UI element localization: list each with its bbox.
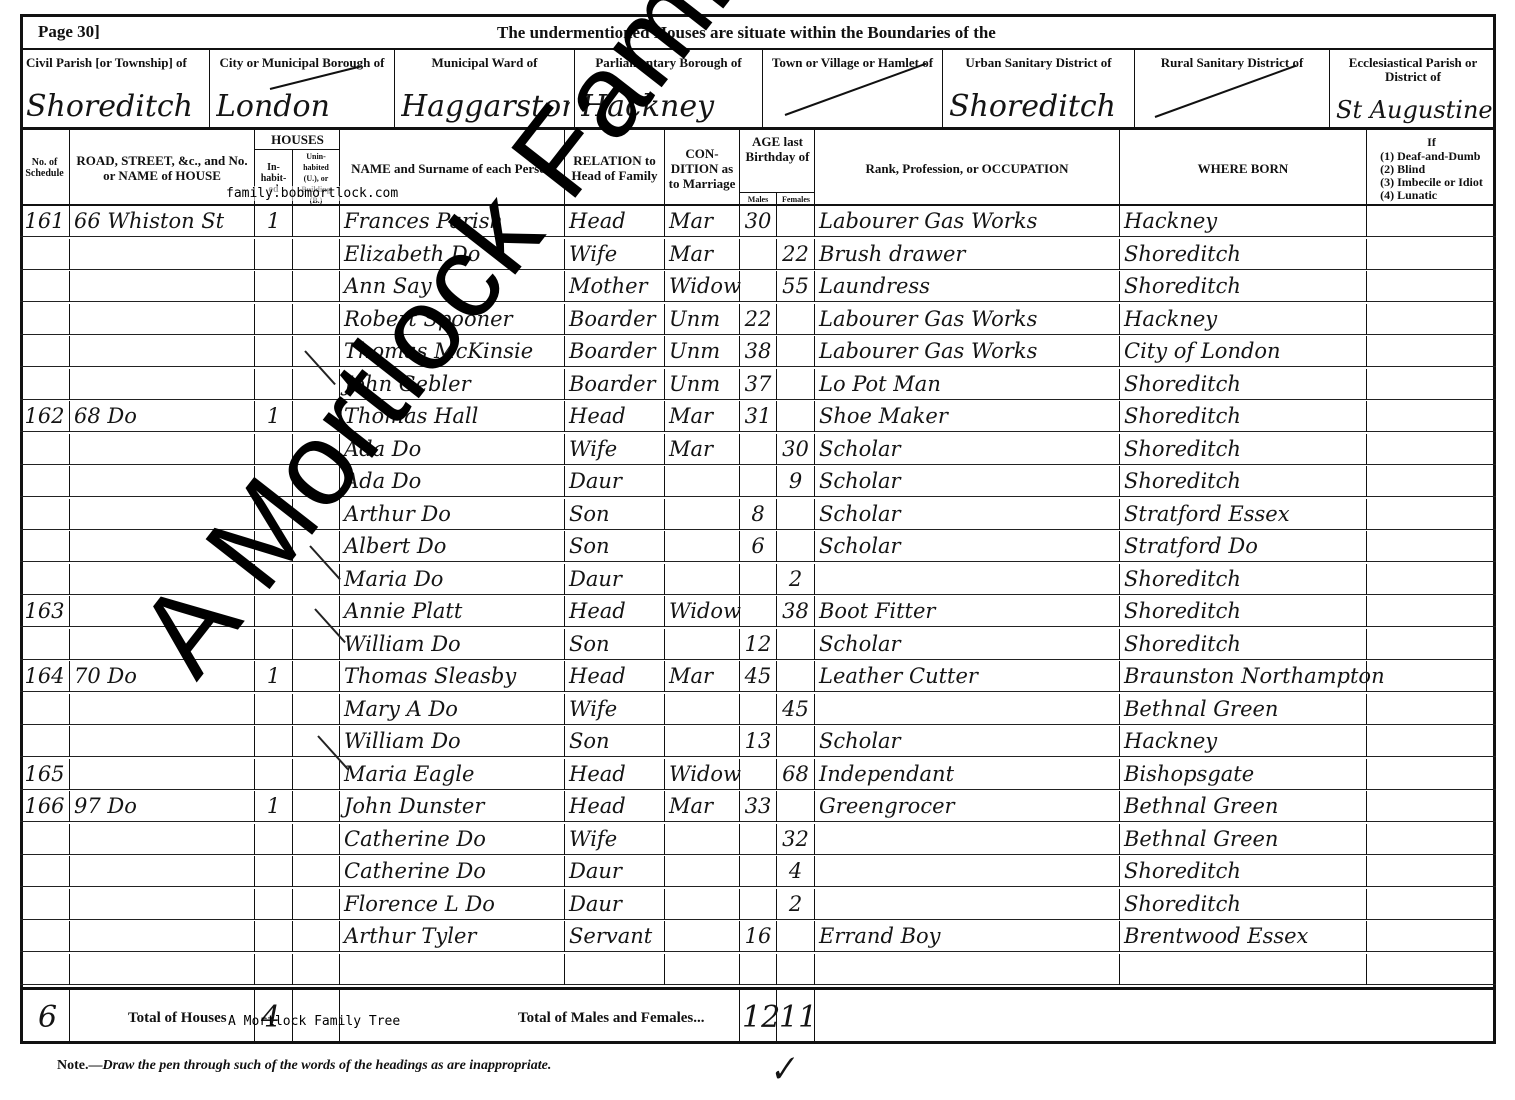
table-row: Thomas McKinsieBoarderUnm38Labourer Gas … [20,336,1496,367]
infirmity [1367,596,1496,627]
female-age [777,921,815,952]
table-row: Catherine DoDaur4Shoreditch [20,856,1496,887]
relation [565,954,665,985]
male-age: 38 [740,336,777,367]
marital-condition [665,889,740,920]
table-row: Florence L DoDaur2Shoreditch [20,889,1496,920]
marital-condition: Mar [665,206,740,237]
table-row: 16166 Whiston St1Frances ParishHeadMar30… [20,206,1496,237]
birthplace: Bethnal Green [1120,824,1367,855]
uninhabited-count [293,239,340,270]
occupation: Labourer Gas Works [815,336,1120,367]
female-age: 55 [777,271,815,302]
male-age [740,596,777,627]
occupation: Labourer Gas Works [815,304,1120,335]
person-name: William Do [340,726,565,757]
tally-check-mark: ✓ [765,1048,800,1092]
person-name: Arthur Tyler [340,921,565,952]
uninhabited-count [293,954,340,985]
male-age [740,564,777,595]
table-row: John GeblerBoarderUnm37Lo Pot ManShoredi… [20,369,1496,400]
relation: Son [565,499,665,530]
table-row: 16268 Do1Thomas HallHeadMar31Shoe MakerS… [20,401,1496,432]
infirmity-option: (3) Imbecile or Idiot [1380,176,1483,189]
female-age: 2 [777,889,815,920]
female-age: 30 [777,434,815,465]
female-age [777,401,815,432]
boundary-rural-sanitary: Rural Sanitary District of [1135,50,1330,130]
boundaries-row: Civil Parish [or Township] of Shoreditch… [20,50,1496,130]
person-name: Maria Do [340,564,565,595]
female-age: 4 [777,856,815,887]
birthplace: Bethnal Green [1120,694,1367,725]
schedule-number [20,336,70,367]
person-name: William Do [340,629,565,660]
male-age: 8 [740,499,777,530]
infirmity [1367,271,1496,302]
schedule-number [20,466,70,497]
inhabited-count [255,726,293,757]
schedule-number [20,856,70,887]
person-name: Annie Platt [340,596,565,627]
page-number: Page 30] [38,22,100,42]
male-age [740,694,777,725]
schedule-number [20,726,70,757]
female-age: 68 [777,759,815,790]
relation: Daur [565,466,665,497]
infirmity [1367,564,1496,595]
female-age [777,206,815,237]
road-address [70,759,255,790]
infirmity [1367,629,1496,660]
occupation: Scholar [815,499,1120,530]
birthplace: City of London [1120,336,1367,367]
schedule-number: 166 [20,791,70,822]
watermark-footer: A Mortlock Family Tree [228,1014,400,1029]
road-address [70,856,255,887]
inhabited-count [255,856,293,887]
male-age: 45 [740,661,777,692]
birthplace: Shoreditch [1120,889,1367,920]
occupation [815,824,1120,855]
marital-condition: Unm [665,304,740,335]
occupation [815,694,1120,725]
marital-condition [665,824,740,855]
uninhabited-count [293,629,340,660]
marital-condition: Mar [665,791,740,822]
person-name: Maria Eagle [340,759,565,790]
total-schedules-cell: 6 [20,990,70,1044]
birthplace: Shoreditch [1120,401,1367,432]
person-name: Thomas Sleasby [340,661,565,692]
schedule-number [20,564,70,595]
occupation: Labourer Gas Works [815,206,1120,237]
relation: Head [565,401,665,432]
table-row [20,954,1496,985]
road-address: 68 Do [70,401,255,432]
infirmity-list: (1) Deaf-and-Dumb(2) Blind(3) Imbecile o… [1380,150,1483,202]
marital-condition [665,856,740,887]
male-age [740,824,777,855]
infirmity [1367,791,1496,822]
inhabited-count [255,694,293,725]
occupation: Lo Pot Man [815,369,1120,400]
birthplace [1120,954,1367,985]
schedule-number [20,531,70,562]
header-age-group: AGE last Birthday of Males Females [740,130,815,206]
boundary-urban-sanitary: Urban Sanitary District of Shoreditch [943,50,1135,130]
header-schedule: No. of Schedule [20,130,70,206]
birthplace: Shoreditch [1120,564,1367,595]
marital-condition: Widow [665,596,740,627]
female-age [777,661,815,692]
relation: Boarder [565,369,665,400]
boundary-town-village: Town or Village or Hamlet of [763,50,943,130]
uninhabited-count [293,206,340,237]
relation: Wife [565,239,665,270]
female-age: 9 [777,466,815,497]
infirmity [1367,401,1496,432]
relation: Head [565,759,665,790]
relation: Head [565,661,665,692]
inhabited-count: 1 [255,206,293,237]
birthplace: Shoreditch [1120,466,1367,497]
schedule-number: 164 [20,661,70,692]
infirmity [1367,824,1496,855]
person-name: Catherine Do [340,824,565,855]
infirmity [1367,661,1496,692]
table-row: Catherine DoWife32Bethnal Green [20,824,1496,855]
occupation: Boot Fitter [815,596,1120,627]
marital-condition: Unm [665,369,740,400]
female-age: 32 [777,824,815,855]
total-males: 12 [742,1000,780,1035]
schedule-number [20,499,70,530]
birthplace: Stratford Essex [1120,499,1367,530]
relation: Boarder [565,336,665,367]
schedule-number [20,824,70,855]
uninhabited-count [293,759,340,790]
header-where-born: WHERE BORN [1120,130,1367,206]
table-row: Mary A DoWife45Bethnal Green [20,694,1496,725]
female-age: 2 [777,564,815,595]
occupation [815,954,1120,985]
infirmity [1367,759,1496,790]
schedule-number: 162 [20,401,70,432]
table-row: Ann SayMotherWidow55LaundressShoreditch [20,271,1496,302]
marital-condition: Mar [665,401,740,432]
birthplace: Shoreditch [1120,596,1367,627]
male-age: 22 [740,304,777,335]
birthplace: Shoreditch [1120,856,1367,887]
schedule-number [20,434,70,465]
inhabited-count [255,304,293,335]
birthplace: Shoreditch [1120,369,1367,400]
occupation: Scholar [815,434,1120,465]
female-age [777,304,815,335]
marital-condition [665,564,740,595]
schedule-number [20,954,70,985]
infirmity [1367,889,1496,920]
female-age [777,726,815,757]
header-males: Males [740,192,777,206]
infirmity-option: (4) Lunatic [1380,189,1483,202]
relation: Boarder [565,304,665,335]
road-address [70,271,255,302]
inhabited-count [255,239,293,270]
road-address [70,694,255,725]
occupation: Scholar [815,629,1120,660]
infirmity [1367,369,1496,400]
total-females-cell: 11 [777,990,815,1044]
boundary-municipal-borough: City or Municipal Borough of London [210,50,395,130]
schedule-number [20,889,70,920]
occupation: Independant [815,759,1120,790]
person-name: Catherine Do [340,856,565,887]
road-address [70,921,255,952]
occupation: Errand Boy [815,921,1120,952]
infirmity-option: (1) Deaf-and-Dumb [1380,150,1483,163]
road-address [70,954,255,985]
relation: Wife [565,824,665,855]
infirmity [1367,304,1496,335]
marital-condition [665,921,740,952]
header-condition: CON-DITION as to Marriage [665,130,740,206]
marital-condition [665,954,740,985]
uninhabited-count [293,304,340,335]
header-occupation: Rank, Profession, or OCCUPATION [815,130,1120,206]
table-row: William DoSon13ScholarHackney [20,726,1496,757]
male-age: 31 [740,401,777,432]
marital-condition [665,726,740,757]
birthplace: Stratford Do [1120,531,1367,562]
header-age: AGE last Birthday of [740,134,815,164]
relation: Daur [565,564,665,595]
person-name: Albert Do [340,531,565,562]
relation: Son [565,726,665,757]
schedule-number [20,694,70,725]
person-name: Mary A Do [340,694,565,725]
inhabited-count [255,824,293,855]
male-age: 30 [740,206,777,237]
strike-through [1155,65,1297,118]
road-address: 97 Do [70,791,255,822]
birthplace: Hackney [1120,726,1367,757]
total-houses-label: Total of Houses [128,1010,227,1027]
inhabited-count [255,336,293,367]
title-row: Page 30] The undermentioned Houses are s… [20,14,1496,50]
female-age [777,531,815,562]
uninhabited-count [293,661,340,692]
uninhabited-count [293,856,340,887]
total-males-cell: 12 [740,990,777,1044]
birthplace: Shoreditch [1120,434,1367,465]
infirmity-option: (2) Blind [1380,163,1483,176]
road-address [70,434,255,465]
schedule-number [20,271,70,302]
uninhabited-count [293,791,340,822]
female-age: 38 [777,596,815,627]
relation: Head [565,791,665,822]
uninhabited-count [293,694,340,725]
infirmity [1367,434,1496,465]
occupation [815,564,1120,595]
inhabited-count [255,271,293,302]
occupation: Laundress [815,271,1120,302]
header-infirmity: If (1) Deaf-and-Dumb(2) Blind(3) Imbecil… [1367,130,1496,206]
occupation: Scholar [815,531,1120,562]
marital-condition [665,531,740,562]
male-age [740,954,777,985]
male-age [740,239,777,270]
schedule-number [20,921,70,952]
occupation: Leather Cutter [815,661,1120,692]
boundary-ecclesiastical-parish: Ecclesiastical Parish or District of St … [1330,50,1496,130]
male-age: 37 [740,369,777,400]
female-age [777,369,815,400]
occupation: Brush drawer [815,239,1120,270]
marital-condition: Widow [665,759,740,790]
relation: Wife [565,694,665,725]
inhabited-count [255,889,293,920]
relation: Daur [565,889,665,920]
birthplace: Hackney [1120,206,1367,237]
total-females: 11 [779,1000,817,1035]
inhabited-count [255,921,293,952]
uninhabited-count [293,271,340,302]
person-name [340,954,565,985]
birthplace: Braunston Northampton [1120,661,1367,692]
person-name: Arthur Do [340,499,565,530]
infirmity [1367,531,1496,562]
marital-condition [665,629,740,660]
table-row: Elizabeth DoWifeMar22Brush drawerShoredi… [20,239,1496,270]
table-row: 16697 Do1John DunsterHeadMar33Greengroce… [20,791,1496,822]
infirmity [1367,336,1496,367]
schedule-number [20,629,70,660]
road-address [70,239,255,270]
male-age [740,759,777,790]
watermark-site: family.bobmortlock.com [226,186,398,201]
schedule-number [20,239,70,270]
inhabited-count [255,954,293,985]
relation: Daur [565,856,665,887]
male-age [740,856,777,887]
infirmity [1367,921,1496,952]
total-persons-label: Total of Males and Females... [518,1010,705,1027]
infirmity [1367,726,1496,757]
female-age [777,791,815,822]
header-females: Females [777,192,815,206]
occupation: Greengrocer [815,791,1120,822]
schedule-number: 163 [20,596,70,627]
inhabited-count: 1 [255,791,293,822]
birthplace: Brentwood Essex [1120,921,1367,952]
occupation [815,856,1120,887]
male-age [740,889,777,920]
male-age [740,466,777,497]
schedule-number [20,369,70,400]
schedule-number: 161 [20,206,70,237]
marital-condition: Mar [665,661,740,692]
road-address: 66 Whiston St [70,206,255,237]
marital-condition [665,694,740,725]
total-schedules: 6 [38,1000,57,1035]
relation: Wife [565,434,665,465]
male-age: 12 [740,629,777,660]
relation: Head [565,596,665,627]
road-address [70,889,255,920]
birthplace: Shoreditch [1120,239,1367,270]
female-age [777,499,815,530]
marital-condition: Widow [665,271,740,302]
road-address [70,304,255,335]
inhabited-count [255,759,293,790]
infirmity [1367,694,1496,725]
header-houses: HOUSES [255,130,340,150]
occupation [815,889,1120,920]
boundary-civil-parish: Civil Parish [or Township] of Shoreditch [20,50,210,130]
male-age: 6 [740,531,777,562]
female-age: 45 [777,694,815,725]
infirmity [1367,856,1496,887]
occupation: Shoe Maker [815,401,1120,432]
relation: Servant [565,921,665,952]
birthplace: Bethnal Green [1120,791,1367,822]
infirmity [1367,466,1496,497]
occupation: Scholar [815,726,1120,757]
infirmity [1367,954,1496,985]
infirmity [1367,239,1496,270]
male-age: 16 [740,921,777,952]
schedule-number [20,304,70,335]
inhabited-count: 1 [255,661,293,692]
uninhabited-count [293,889,340,920]
marital-condition: Mar [665,434,740,465]
marital-condition [665,499,740,530]
marital-condition: Unm [665,336,740,367]
infirmity [1367,206,1496,237]
uninhabited-count [293,824,340,855]
person-name: John Dunster [340,791,565,822]
relation: Mother [565,271,665,302]
table-row: Robert SpoonerBoarderUnm22Labourer Gas W… [20,304,1496,335]
schedule-number: 165 [20,759,70,790]
road-address [70,369,255,400]
person-name: Florence L Do [340,889,565,920]
strike-through [785,63,927,116]
uninhabited-count [293,921,340,952]
male-age [740,271,777,302]
occupation: Scholar [815,466,1120,497]
female-age [777,336,815,367]
road-address [70,824,255,855]
birthplace: Hackney [1120,304,1367,335]
female-age [777,629,815,660]
marital-condition [665,466,740,497]
male-age: 33 [740,791,777,822]
relation: Son [565,531,665,562]
marital-condition: Mar [665,239,740,270]
birthplace: Shoreditch [1120,271,1367,302]
birthplace: Shoreditch [1120,629,1367,660]
relation: Son [565,629,665,660]
table-row: Arthur TylerServant16Errand BoyBrentwood… [20,921,1496,952]
birthplace: Bishopsgate [1120,759,1367,790]
footnote: Note.—Draw the pen through such of the w… [57,1057,551,1074]
male-age [740,434,777,465]
female-age [777,954,815,985]
